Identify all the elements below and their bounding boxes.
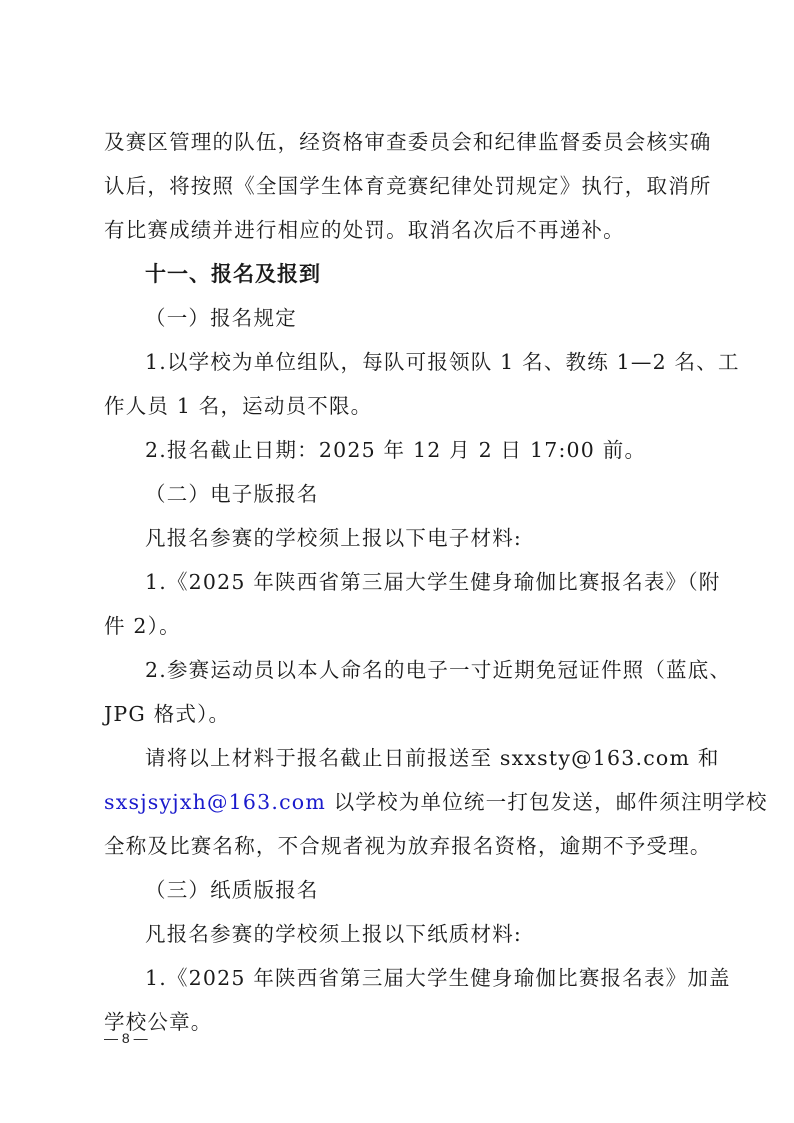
list-item-continuation: 学校公章。 [104,1007,700,1037]
subsection-title: （三）纸质版报名 [145,875,700,905]
subsection-title: （二）电子版报名 [145,479,700,509]
paragraph-line: 有比赛成绩并进行相应的处罚。取消名次后不再递补。 [104,215,700,245]
paragraph-line: sxsjsyjxh@163.com 以学校为单位统一打包发送，邮件须注明学校 [104,787,700,817]
page-number: — 8 — [104,1030,148,1046]
paragraph-line: 凡报名参赛的学校须上报以下电子材料: [145,523,700,553]
paragraph-line: 全称及比赛名称，不合规者视为放弃报名资格，逾期不予受理。 [104,831,700,861]
subsection-title: （一）报名规定 [145,303,700,333]
list-item-continuation: 件 2）。 [104,611,700,641]
section-heading: 十一、报名及报到 [145,259,700,289]
list-item: 1.《2025 年陕西省第三届大学生健身瑜伽比赛报名表》（附 [145,567,700,597]
paragraph-line: 请将以上材料于报名截止日前报送至 sxxsty@163.com 和 [145,743,700,773]
paragraph-text: 以学校为单位统一打包发送，邮件须注明学校 [326,790,768,814]
list-item: 2.参赛运动员以本人命名的电子一寸近期免冠证件照（蓝底、 [145,655,700,685]
list-item: 2.报名截止日期：2025 年 12 月 2 日 17:00 前。 [145,435,700,465]
list-item-continuation: 作人员 1 名，运动员不限。 [104,391,700,421]
list-item: 1.以学校为单位组队，每队可报领队 1 名、教练 1—2 名、工 [145,347,700,377]
paragraph-line: 及赛区管理的队伍，经资格审查委员会和纪律监督委员会核实确 [104,127,700,157]
list-item: 1.《2025 年陕西省第三届大学生健身瑜伽比赛报名表》加盖 [145,963,700,993]
list-item-continuation: JPG 格式）。 [104,699,700,729]
email-link[interactable]: sxsjsyjxh@163.com [104,790,326,814]
paragraph-line: 凡报名参赛的学校须上报以下纸质材料: [145,919,700,949]
paragraph-line: 认后，将按照《全国学生体育竞赛纪律处罚规定》执行，取消所 [104,171,700,201]
